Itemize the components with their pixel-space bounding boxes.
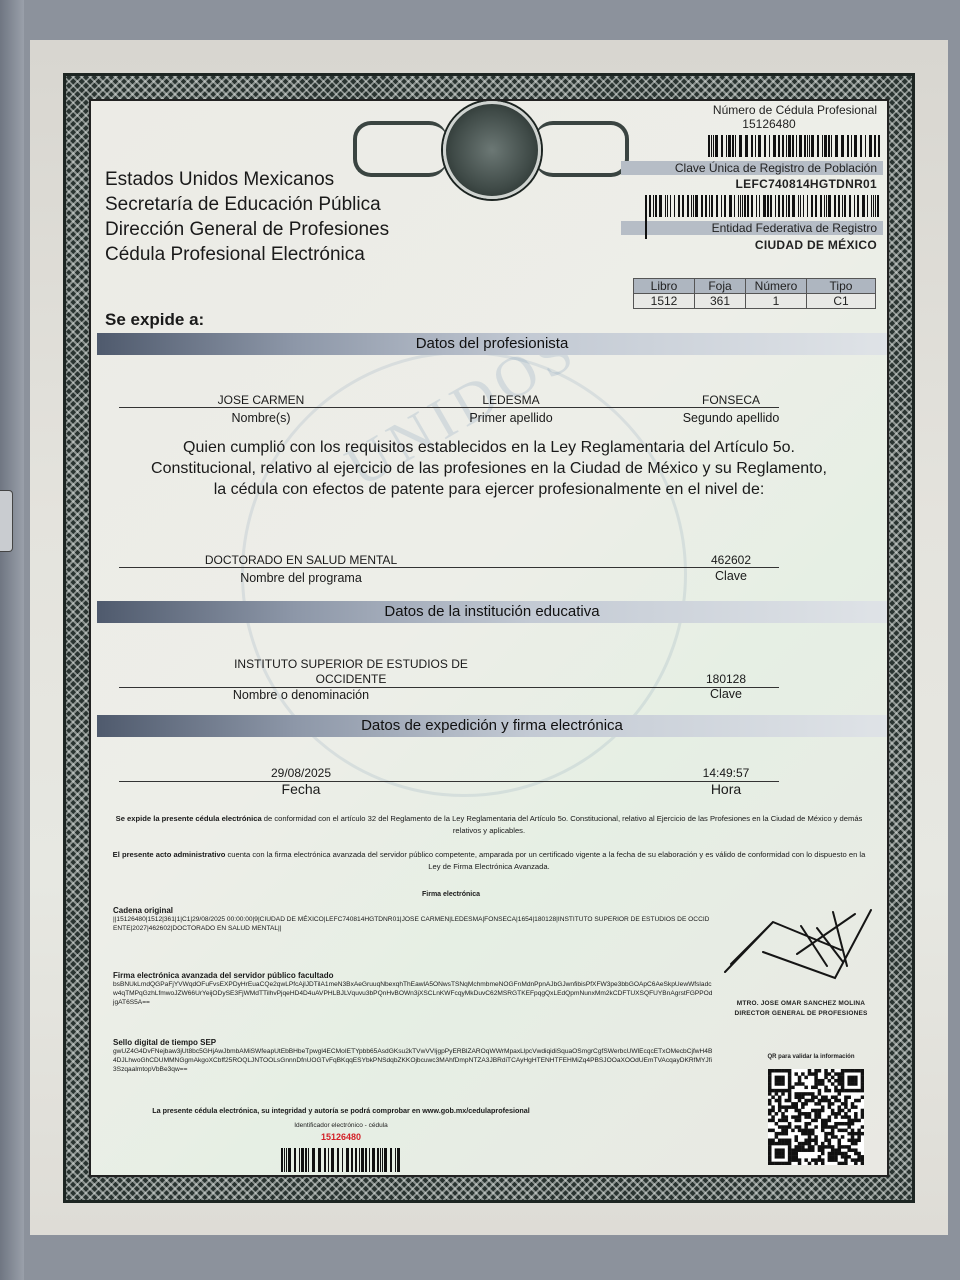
ornamental-border: UNIDOS Estados Unidos Mexicanos Secretar… xyxy=(63,73,915,1203)
institution-name-label: Nombre o denominación xyxy=(191,688,411,702)
firma-label: Firma electrónica xyxy=(91,891,811,898)
cedula-barcode xyxy=(708,135,883,157)
header-document-type: Cédula Profesional Electrónica xyxy=(105,242,389,267)
qr-label: QR para validar la información xyxy=(751,1054,871,1060)
numero-value: 1 xyxy=(746,294,807,309)
name-underline xyxy=(119,407,779,408)
qr-code[interactable] xyxy=(768,1069,864,1165)
issue-date-label: Fecha xyxy=(221,781,381,797)
institution-name-line2: OCCIDENTE xyxy=(221,672,481,686)
electronic-id: 15126480 xyxy=(91,1132,591,1142)
first-surname: LEDESMA xyxy=(431,393,591,407)
cadena-text: ||15126480|1512|361|1|C1|29/08/2025 00:0… xyxy=(113,916,709,932)
signature-icon xyxy=(723,906,883,981)
monitor-bezel xyxy=(0,0,24,1280)
certificate-body: UNIDOS Estados Unidos Mexicanos Secretar… xyxy=(89,99,889,1177)
section-institution: Datos de la institución educativa xyxy=(97,601,887,623)
entidad-label: Entidad Federativa de Registro xyxy=(621,221,883,235)
col-libro: Libro xyxy=(634,279,695,294)
electronic-id-label: Identificador electrónico - cédula xyxy=(91,1122,591,1129)
national-seal-icon xyxy=(443,101,541,199)
verification-note: La presente cédula electrónica, su integ… xyxy=(91,1106,591,1115)
electronic-id-barcode xyxy=(281,1148,403,1172)
second-surname: FONSECA xyxy=(651,393,811,407)
program-underline xyxy=(119,567,779,568)
cadena-original: Cadena original ||15126480|1512|361|1|C1… xyxy=(113,906,713,933)
signer-block: MTRO. JOSE OMAR SANCHEZ MOLINA DIRECTOR … xyxy=(701,999,889,1019)
program-name: DOCTORADO EN SALUD MENTAL xyxy=(181,553,421,567)
libro-value: 1512 xyxy=(634,294,695,309)
issuer-header: Estados Unidos Mexicanos Secretaría de E… xyxy=(105,167,389,267)
program-key: 462602 xyxy=(681,553,781,567)
curp-label: Clave Única de Registro de Población xyxy=(621,161,883,175)
registry-block: Número de Cédula Profesional 15126480 Cl… xyxy=(621,101,883,252)
header-ministry: Secretaría de Educación Pública xyxy=(105,192,389,217)
legal-2-text: cuenta con la firma electrónica avanzada… xyxy=(225,850,865,871)
section-issuance: Datos de expedición y firma electrónica xyxy=(97,715,887,737)
sello-title: Sello digital de tiempo SEP xyxy=(113,1038,713,1047)
col-numero: Número xyxy=(746,279,807,294)
institution-key: 180128 xyxy=(676,672,776,686)
legal-paragraph-1: Se expide la presente cédula electrónica… xyxy=(109,813,869,837)
signer-title: DIRECTOR GENERAL DE PROFESIONES xyxy=(701,1009,889,1019)
section-professional: Datos del profesionista xyxy=(97,333,887,355)
compliance-statement: Quien cumplió con los requisitos estable… xyxy=(91,437,887,500)
given-names: JOSE CARMEN xyxy=(181,393,341,407)
col-foja: Foja xyxy=(695,279,746,294)
sello-digital: Sello digital de tiempo SEP gwUZ4G4DvFNe… xyxy=(113,1038,713,1074)
firma-title: Firma electrónica avanzada del servidor … xyxy=(113,971,713,980)
curp-barcode xyxy=(645,195,883,217)
issue-time-label: Hora xyxy=(676,781,776,797)
given-names-label: Nombre(s) xyxy=(181,411,341,425)
issue-date: 29/08/2025 xyxy=(221,766,381,780)
cadena-title: Cadena original xyxy=(113,906,713,915)
firma-text: bsBNUkLmdQGPaFjYVWqdOFuFvsEXPDyHrEuaCQe2… xyxy=(113,981,712,1006)
registry-table: Libro Foja Número Tipo 1512 361 1 C1 xyxy=(633,278,876,309)
tipo-value: C1 xyxy=(807,294,876,309)
ornament-right xyxy=(535,121,629,177)
institution-key-label: Clave xyxy=(676,687,776,701)
issued-to-label: Se expide a: xyxy=(105,310,204,330)
program-name-label: Nombre del programa xyxy=(201,571,401,585)
screen-side-tab xyxy=(0,490,13,552)
statement-line-3: la cédula con efectos de patente para ej… xyxy=(91,479,887,500)
issue-time: 14:49:57 xyxy=(676,766,776,780)
institution-name-line1: INSTITUTO SUPERIOR DE ESTUDIOS DE xyxy=(221,657,481,671)
cedula-label: Número de Cédula Profesional xyxy=(621,103,883,117)
program-key-label: Clave xyxy=(681,569,781,583)
legal-2-bold: El presente acto administrativo xyxy=(113,850,226,859)
first-surname-label: Primer apellido xyxy=(431,411,591,425)
second-surname-label: Segundo apellido xyxy=(651,411,811,425)
foja-value: 361 xyxy=(695,294,746,309)
statement-line-2: Constitucional, relativo al ejercicio de… xyxy=(91,458,887,479)
curp-value: LEFC740814HGTDNR01 xyxy=(621,177,883,191)
legal-paragraph-2: El presente acto administrativo cuenta c… xyxy=(109,849,869,873)
cedula-number: 15126480 xyxy=(621,117,883,131)
signer-name: MTRO. JOSE OMAR SANCHEZ MOLINA xyxy=(701,999,889,1009)
header-directorate: Dirección General de Profesiones xyxy=(105,217,389,242)
legal-1-bold: Se expide la presente cédula electrónica xyxy=(116,814,262,823)
sello-text: gwUZ4G4DvFNejbaw3jUt8bc5GHjAwJbmbAMiSWfe… xyxy=(113,1048,712,1073)
legal-1-text: de conformidad con el artículo 32 del Re… xyxy=(262,814,863,835)
firma-avanzada: Firma electrónica avanzada del servidor … xyxy=(113,971,713,1007)
header-country: Estados Unidos Mexicanos xyxy=(105,167,389,192)
col-tipo: Tipo xyxy=(807,279,876,294)
entidad-value: CIUDAD DE MÉXICO xyxy=(621,238,883,252)
statement-line-1: Quien cumplió con los requisitos estable… xyxy=(91,437,887,458)
